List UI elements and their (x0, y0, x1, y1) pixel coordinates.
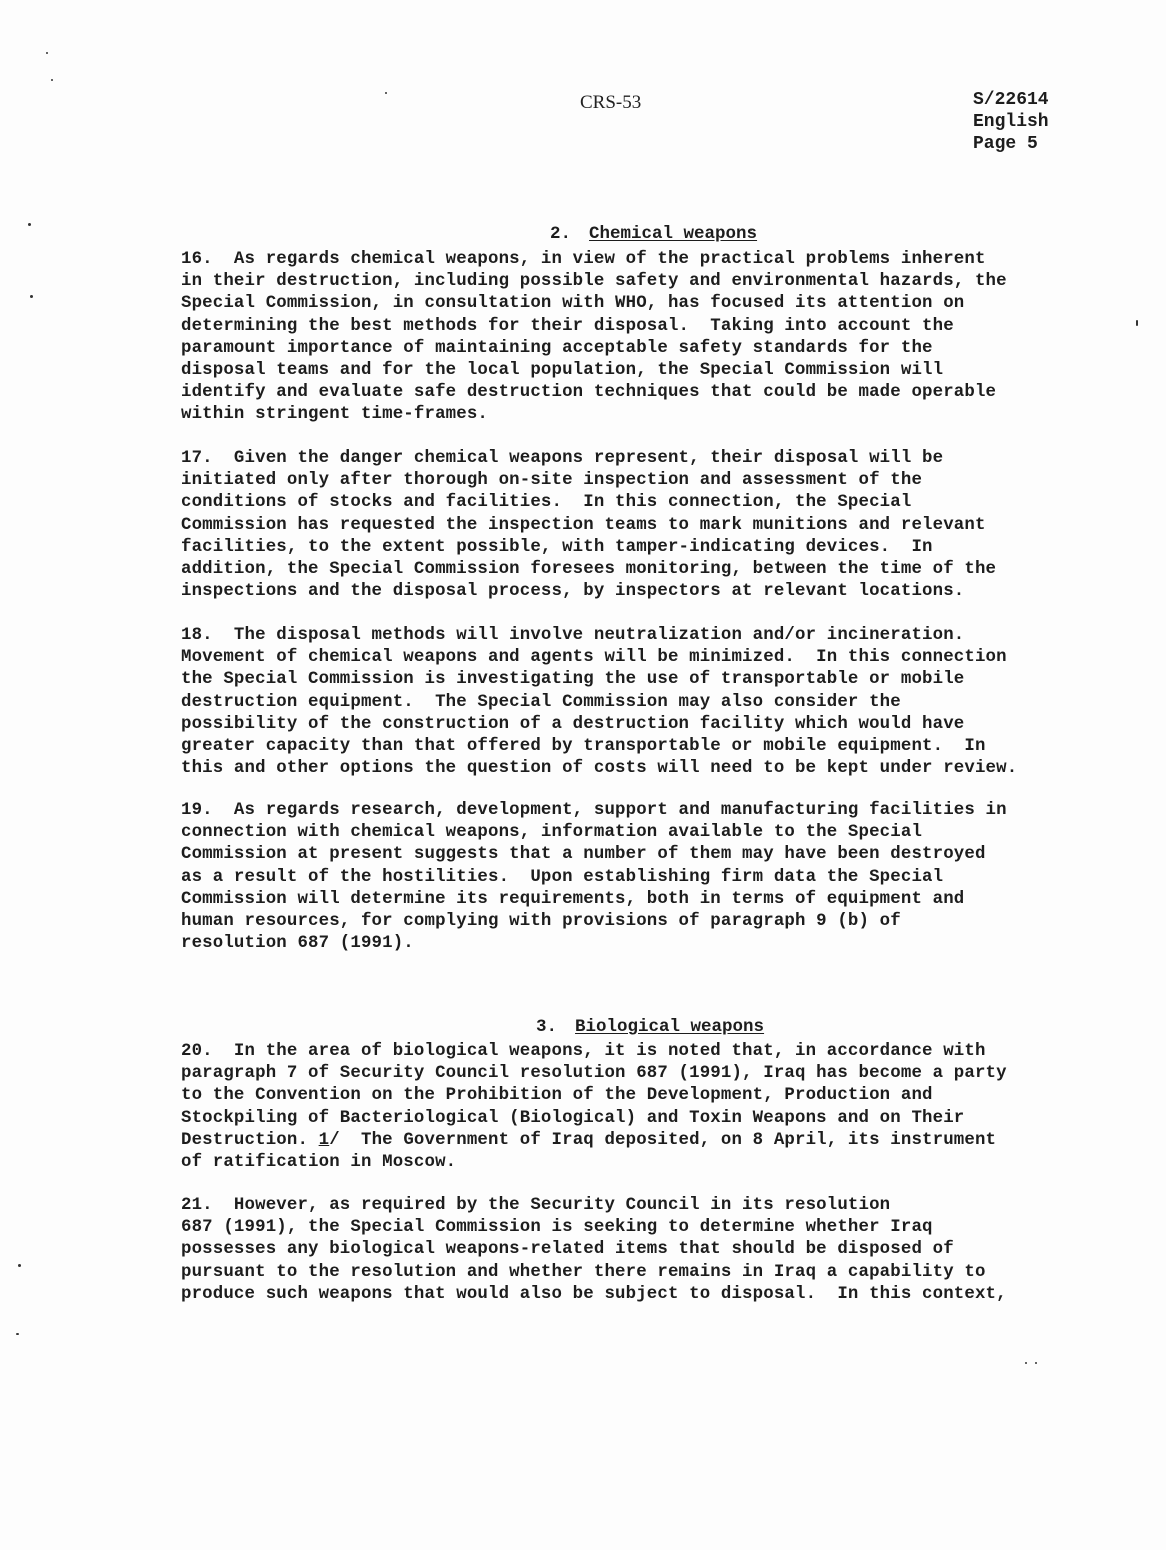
paragraph-line: in their destruction, including possible… (181, 271, 1007, 293)
scan-speck (16, 1333, 19, 1335)
paragraph-line: this and other options the question of c… (181, 758, 1017, 780)
paragraph-line: produce such weapons that would also be … (181, 1284, 1007, 1306)
paragraph-line: to the Convention on the Prohibition of … (181, 1085, 1007, 1107)
paragraph-line: the Special Commission is investigating … (181, 669, 1017, 691)
paragraph-line: destruction equipment. The Special Commi… (181, 692, 1017, 714)
paragraph-line: disposal teams and for the local populat… (181, 360, 1007, 382)
paragraph-line: 21. However, as required by the Security… (181, 1195, 1007, 1217)
footnote-reference: 1 (319, 1131, 330, 1150)
section-number: 2. (550, 224, 571, 244)
scan-speck (51, 79, 53, 81)
paragraph-line: possesses any biological weapons-related… (181, 1239, 1007, 1261)
paragraph-line: facilities, to the extent possible, with… (181, 537, 996, 559)
paragraph-line: determining the best methods for their d… (181, 316, 1007, 338)
paragraph-20: 20. In the area of biological weapons, i… (181, 1041, 1007, 1174)
paragraph-line: 16. As regards chemical weapons, in view… (181, 249, 1007, 271)
paragraph-17: 17. Given the danger chemical weapons re… (181, 448, 996, 603)
paragraph-line: Commission has requested the inspection … (181, 515, 996, 537)
paragraph-line: inspections and the disposal process, by… (181, 581, 996, 603)
paragraph-line: addition, the Special Commission foresee… (181, 559, 996, 581)
paragraph-line: 20. In the area of biological weapons, i… (181, 1041, 1007, 1063)
paragraph-line: 17. Given the danger chemical weapons re… (181, 448, 996, 470)
scan-speck (18, 1264, 21, 1267)
scan-speck (385, 92, 387, 94)
paragraph-line: conditions of stocks and facilities. In … (181, 492, 996, 514)
paragraph-line-with-footnote: Destruction. 1/ The Government of Iraq d… (181, 1130, 1007, 1152)
paragraph-21: 21. However, as required by the Security… (181, 1195, 1007, 1306)
paragraph-16: 16. As regards chemical weapons, in view… (181, 249, 1007, 427)
scan-speck (1136, 320, 1138, 326)
scan-speck (1035, 1362, 1037, 1364)
paragraph-line: resolution 687 (1991). (181, 933, 1007, 955)
document-language: English (973, 111, 1049, 133)
page-number: Page 5 (973, 133, 1049, 155)
paragraph-line: connection with chemical weapons, inform… (181, 822, 1007, 844)
paragraph-line: paramount importance of maintaining acce… (181, 338, 1007, 360)
paragraph-line: Commission at present suggests that a nu… (181, 844, 1007, 866)
paragraph-18: 18. The disposal methods will involve ne… (181, 625, 1017, 780)
document-page: CRS-53 S/22614 English Page 5 2.Chemical… (0, 0, 1166, 1550)
document-symbol-block: S/22614 English Page 5 (973, 89, 1049, 155)
paragraph-line: as a result of the hostilities. Upon est… (181, 867, 1007, 889)
paragraph-line: 19. As regards research, development, su… (181, 800, 1007, 822)
paragraph-line: 687 (1991), the Special Commission is se… (181, 1217, 1007, 1239)
paragraph-line: greater capacity than that offered by tr… (181, 736, 1017, 758)
scan-speck (30, 295, 33, 298)
paragraph-line: human resources, for complying with prov… (181, 911, 1007, 933)
paragraph-line: Commission will determine its requiremen… (181, 889, 1007, 911)
scan-speck (46, 52, 48, 54)
paragraph-line: Stockpiling of Bacteriological (Biologic… (181, 1108, 1007, 1130)
paragraph-line: paragraph 7 of Security Council resoluti… (181, 1063, 1007, 1085)
paragraph-line: 18. The disposal methods will involve ne… (181, 625, 1017, 647)
scan-speck (750, 229, 752, 231)
paragraph-line: identify and evaluate safe destruction t… (181, 382, 1007, 404)
paragraph-line: Movement of chemical weapons and agents … (181, 647, 1017, 669)
scan-speck (1025, 1362, 1027, 1364)
paragraph-line: initiated only after thorough on-site in… (181, 470, 996, 492)
scan-speck (28, 223, 31, 226)
paragraph-line: within stringent time-frames. (181, 404, 1007, 426)
paragraph-line: possibility of the construction of a des… (181, 714, 1017, 736)
section-title: Biological weapons (575, 1017, 764, 1037)
section-number: 3. (536, 1017, 557, 1037)
section-title: Chemical weapons (589, 224, 757, 244)
paragraph-line: pursuant to the resolution and whether t… (181, 1262, 1007, 1284)
paragraph-line: of ratification in Moscow. (181, 1152, 1007, 1174)
paragraph-line: Special Commission, in consultation with… (181, 293, 1007, 315)
crs-page-number: CRS-53 (580, 92, 641, 114)
document-symbol: S/22614 (973, 89, 1049, 111)
paragraph-19: 19. As regards research, development, su… (181, 800, 1007, 955)
